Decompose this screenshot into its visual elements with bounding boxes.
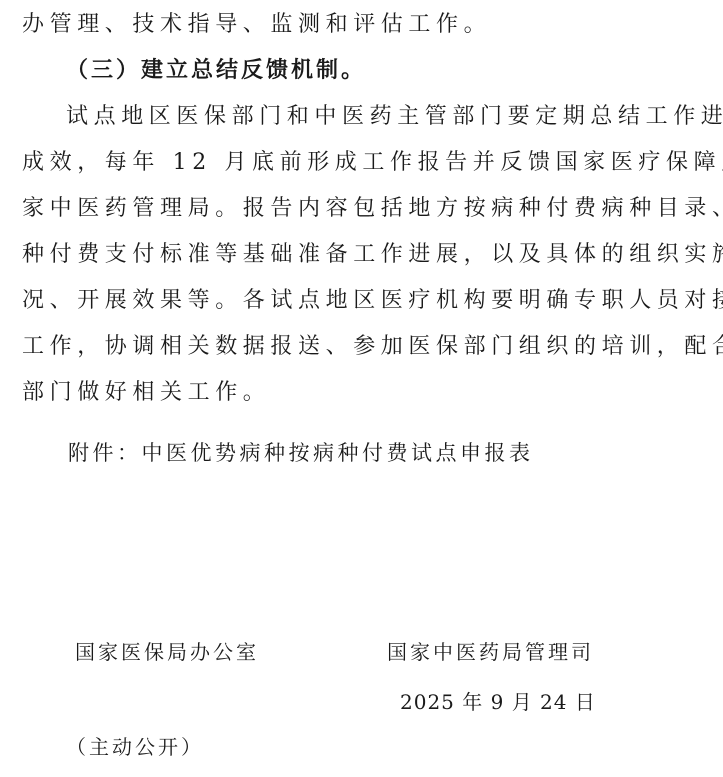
disclosure-note: （主动公开） bbox=[66, 733, 204, 761]
document-date: 2025 年 9 月 24 日 bbox=[400, 688, 596, 716]
section-heading: （三）建立总结反馈机制。 bbox=[66, 56, 366, 86]
paragraph-line: 试点地区医保部门和中医药主管部门要定期总结工作进展及 bbox=[66, 102, 723, 132]
attachment-line: 附件：中医优势病种按病种付费试点申报表 bbox=[68, 438, 534, 468]
paragraph-line: 工作，协调相关数据报送、参加医保部门组织的培训，配合医保 bbox=[22, 332, 723, 362]
paragraph-line: 部门做好相关工作。 bbox=[22, 378, 270, 408]
paragraph-line: 况、开展效果等。各试点地区医疗机构要明确专职人员对接试点 bbox=[22, 286, 723, 316]
paragraph-line: 办管理、技术指导、监测和评估工作。 bbox=[22, 10, 491, 40]
paragraph-line: 种付费支付标准等基础准备工作进展，以及具体的组织实施情 bbox=[22, 240, 723, 270]
signature-left: 国家医保局办公室 bbox=[75, 638, 259, 666]
paragraph-line: 成效，每年 12 月底前形成工作报告并反馈国家医疗保障局和国 bbox=[22, 148, 723, 178]
signature-right: 国家中医药局管理司 bbox=[387, 638, 594, 666]
paragraph-line: 家中医药管理局。报告内容包括地方按病种付费病种目录、按病 bbox=[22, 194, 723, 224]
